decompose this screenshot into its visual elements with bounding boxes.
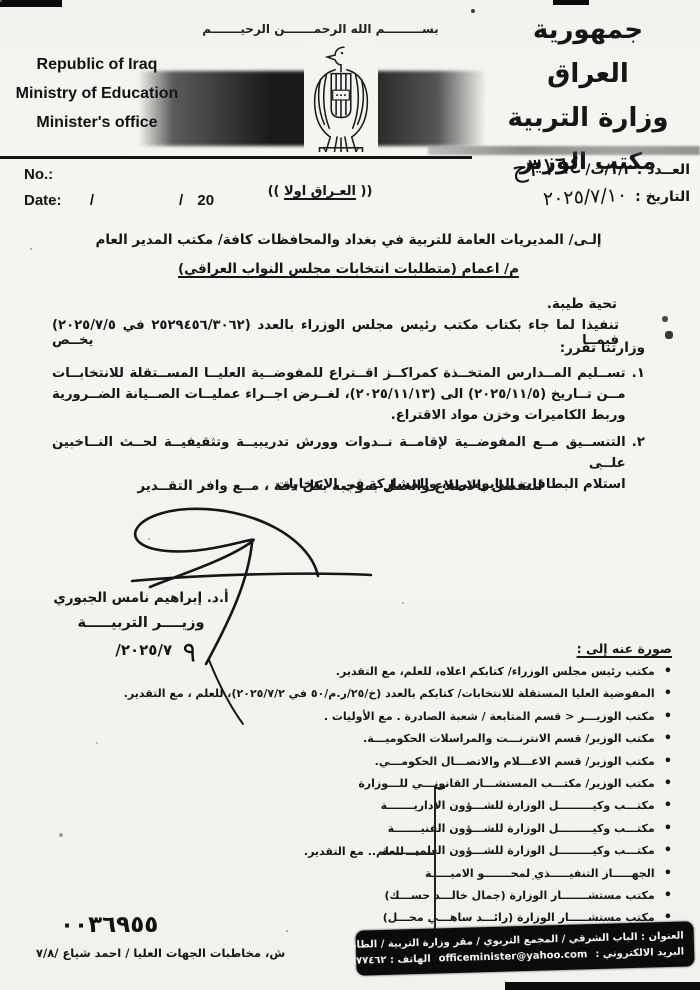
cc-item: •مكتـــب وكيـــــــــل الوزارة للشـــؤون… <box>360 797 672 819</box>
bullet-icon: • <box>664 842 672 860</box>
signatory-title: وزيــــر التربيـــــة <box>46 615 236 631</box>
footer-email-label: البريد الالكتروني : <box>595 945 684 963</box>
cc-item-text: مكتب رئيس مجلس الوزراء/ كتابكم اعلاه، لل… <box>336 663 655 681</box>
cc-bracket-top-hook <box>436 787 445 789</box>
bullet-icon: • <box>664 775 672 793</box>
scan-artifact-top-right <box>553 0 589 5</box>
bullet-icon: • <box>664 887 672 905</box>
cc-item-text: مكتـــب وكيـــــــــل الوزارة للشـــؤون … <box>388 820 655 838</box>
scanned-letter-page: Republic of Iraq Ministry of Education M… <box>0 0 700 990</box>
cc-item-text: مكتب الوزير/ قسم الانترنـــت والمراسلات … <box>363 730 655 748</box>
bullet-icon: • <box>664 753 672 771</box>
ref-date-handwritten: ٢٠٢٥/٧/١٠ <box>542 184 627 210</box>
cc-item: •مكتب رئيس مجلس الوزراء/ كتابكم اعلاه، ل… <box>360 663 672 685</box>
ref-number-label: العــدد : ١/٢/ت/ <box>585 162 690 178</box>
signature-date-day-handwritten: ٩ <box>181 640 198 665</box>
cc-item-text: الجهـــــاز التنفيـــــذي لمحـــــــو ال… <box>425 865 655 883</box>
ref-number-row: العــدد : ١/٢/ت/ ٣١٦٤ح <box>425 155 690 184</box>
header-arabic-line2: وزارة التربية <box>490 96 686 140</box>
cc-item-text: المفوضية العليا المستقلة للانتخابات/ كتا… <box>124 685 655 703</box>
signature-date-row: ٢٠٢٥/٧/ ٩ <box>66 641 246 665</box>
date-value: / / 20 <box>62 192 215 209</box>
to-line: إلـى/ المديريات العامة للتربية في بغداد … <box>52 232 645 248</box>
date-label: Date: <box>24 192 62 209</box>
date-row: Date: / / 20 <box>24 192 214 209</box>
cc-item: •مكتب الوزير/ قسم الانترنـــت والمراسلات… <box>360 730 672 752</box>
bullet-icon: • <box>664 663 672 681</box>
scan-artifact-top-left <box>0 0 62 7</box>
bullet-icon: • <box>664 820 672 838</box>
cc-bracket-vertical <box>434 787 436 933</box>
header-arabic-line1: جمهورية العراق <box>490 8 686 96</box>
list-item-1-line2: مــن تــاريخ (٢٠٢٥/١١/٥) الى (٢٠٢٥/١١/١٣… <box>52 384 626 405</box>
slogan: (( العـراق اولا )) <box>240 184 400 199</box>
footer-email: officeminister@yahoo.com <box>439 947 588 967</box>
list-item-1-line1: تســليم المــدارس المتخــذة كمراكــز اقـ… <box>52 363 626 384</box>
closing-line: للتفضل بالاطلاع والعمل بموجبه بكل دقة ، … <box>100 478 580 494</box>
ref-number-handwritten: ٣١٦٤ح <box>511 150 583 184</box>
cc-item-text: مكتب الوزير/ قسم الاعـــلام والاتصـــال … <box>375 753 655 771</box>
bullet-icon: • <box>664 797 672 815</box>
cc-list: •مكتب رئيس مجلس الوزراء/ كتابكم اعلاه، ل… <box>360 663 672 932</box>
list-item-1-line3: وربط الكاميرات وخزن مواد الاقتراع. <box>52 405 626 426</box>
cc-item-text: مكتب مستشـــــــار الوزارة (جمال خالـــد… <box>385 887 655 905</box>
footer-address-box: العنوان : الباب الشرقي / المجمع التربوي … <box>355 921 694 975</box>
cc-item: •مكتب الوزير/ قسم الاعـــلام والاتصـــال… <box>360 753 672 775</box>
list-item-1-number: ١. <box>632 363 645 426</box>
slogan-open-paren: (( <box>356 184 372 199</box>
ref-date-label: التاريخ : <box>635 189 690 205</box>
footer-phone: الهاتف : ٧٨٦٧٧٤٦٢ / ٧٨١٢٦٨١٢ <box>278 952 431 972</box>
iraq-eagle-emblem-icon <box>300 44 382 152</box>
scan-speckles <box>0 0 2 2</box>
slogan-text: العـراق اولا <box>284 184 356 199</box>
list-item-2-line1: التنســيق مــع المفوضــية لإقامــة نــدو… <box>52 432 626 474</box>
cc-note-connector <box>406 853 434 855</box>
bullet-icon: • <box>664 730 672 748</box>
cc-item: •مكتب الوزيـــر < قسم المتابعة / شعبة ال… <box>360 708 672 730</box>
greeting-line: تحية طيبة. <box>52 296 645 312</box>
subject-line: م/ اعمام (متطلبات انتخابات مجلس النواب ا… <box>52 261 645 277</box>
bullet-icon: • <box>664 708 672 726</box>
cc-heading: صورة عنه إلى : <box>560 641 672 656</box>
bullet-icon: • <box>664 685 672 703</box>
cc-item: •الجهـــــاز التنفيـــــذي لمحـــــــو ا… <box>360 865 672 887</box>
signatory-name: أ.د. إبراهيم نامس الجبوري <box>36 590 246 606</box>
cc-item: •المفوضية العليا المستقلة للانتخابات/ كت… <box>360 685 672 707</box>
cc-item: •مكتب الوزير/ مكتـــب المستشـــار القانو… <box>360 775 672 797</box>
signature-date-prefix: ٢٠٢٥/٧/ <box>115 641 172 659</box>
cc-item-text: مكتـــب وكيـــــــــل الوزارة للشـــؤون … <box>381 797 655 815</box>
cc-item: •مكتب مستشـــــــار الوزارة (جمال خالـــ… <box>360 887 672 909</box>
numbering-stamp: ٠٠٣٦٩٥٥ <box>60 912 158 938</box>
intro-line-2: وزارتنا تقرر: <box>52 340 645 356</box>
slogan-close-paren: )) <box>268 184 284 199</box>
cc-item: •مكتـــب وكيـــــــــل الوزارة للشـــؤون… <box>360 820 672 842</box>
list-item-2-number: ٢. <box>632 432 645 495</box>
clerk-note: ش، مخاطبات الجهات العليا / احمد شياع /٧/… <box>36 946 285 960</box>
ref-date-row: التاريخ : ٢٠٢٥/٧/١٠ <box>440 186 690 208</box>
cc-item-text: مكتب الوزيـــر < قسم المتابعة / شعبة الص… <box>324 708 655 726</box>
cc-item-text: مكتب الوزير/ مكتـــب المستشـــار القانون… <box>358 775 654 793</box>
bismillah-calligraphy: بســـــــــم الله الرحمـــــــن الرحيـــ… <box>178 22 463 36</box>
cc-bracket-note: للعلم.. مع التقدير. <box>308 845 404 858</box>
bullet-icon: • <box>664 865 672 883</box>
header-rule <box>0 156 472 159</box>
list-item-1: ١. تســليم المــدارس المتخــذة كمراكــز … <box>52 363 645 426</box>
scan-artifact-bottom-right <box>505 982 700 990</box>
no-label: No.: <box>24 166 53 183</box>
cc-item-text: مكتـــب وكيـــــــــل الوزارة للشـــؤون … <box>382 842 655 860</box>
